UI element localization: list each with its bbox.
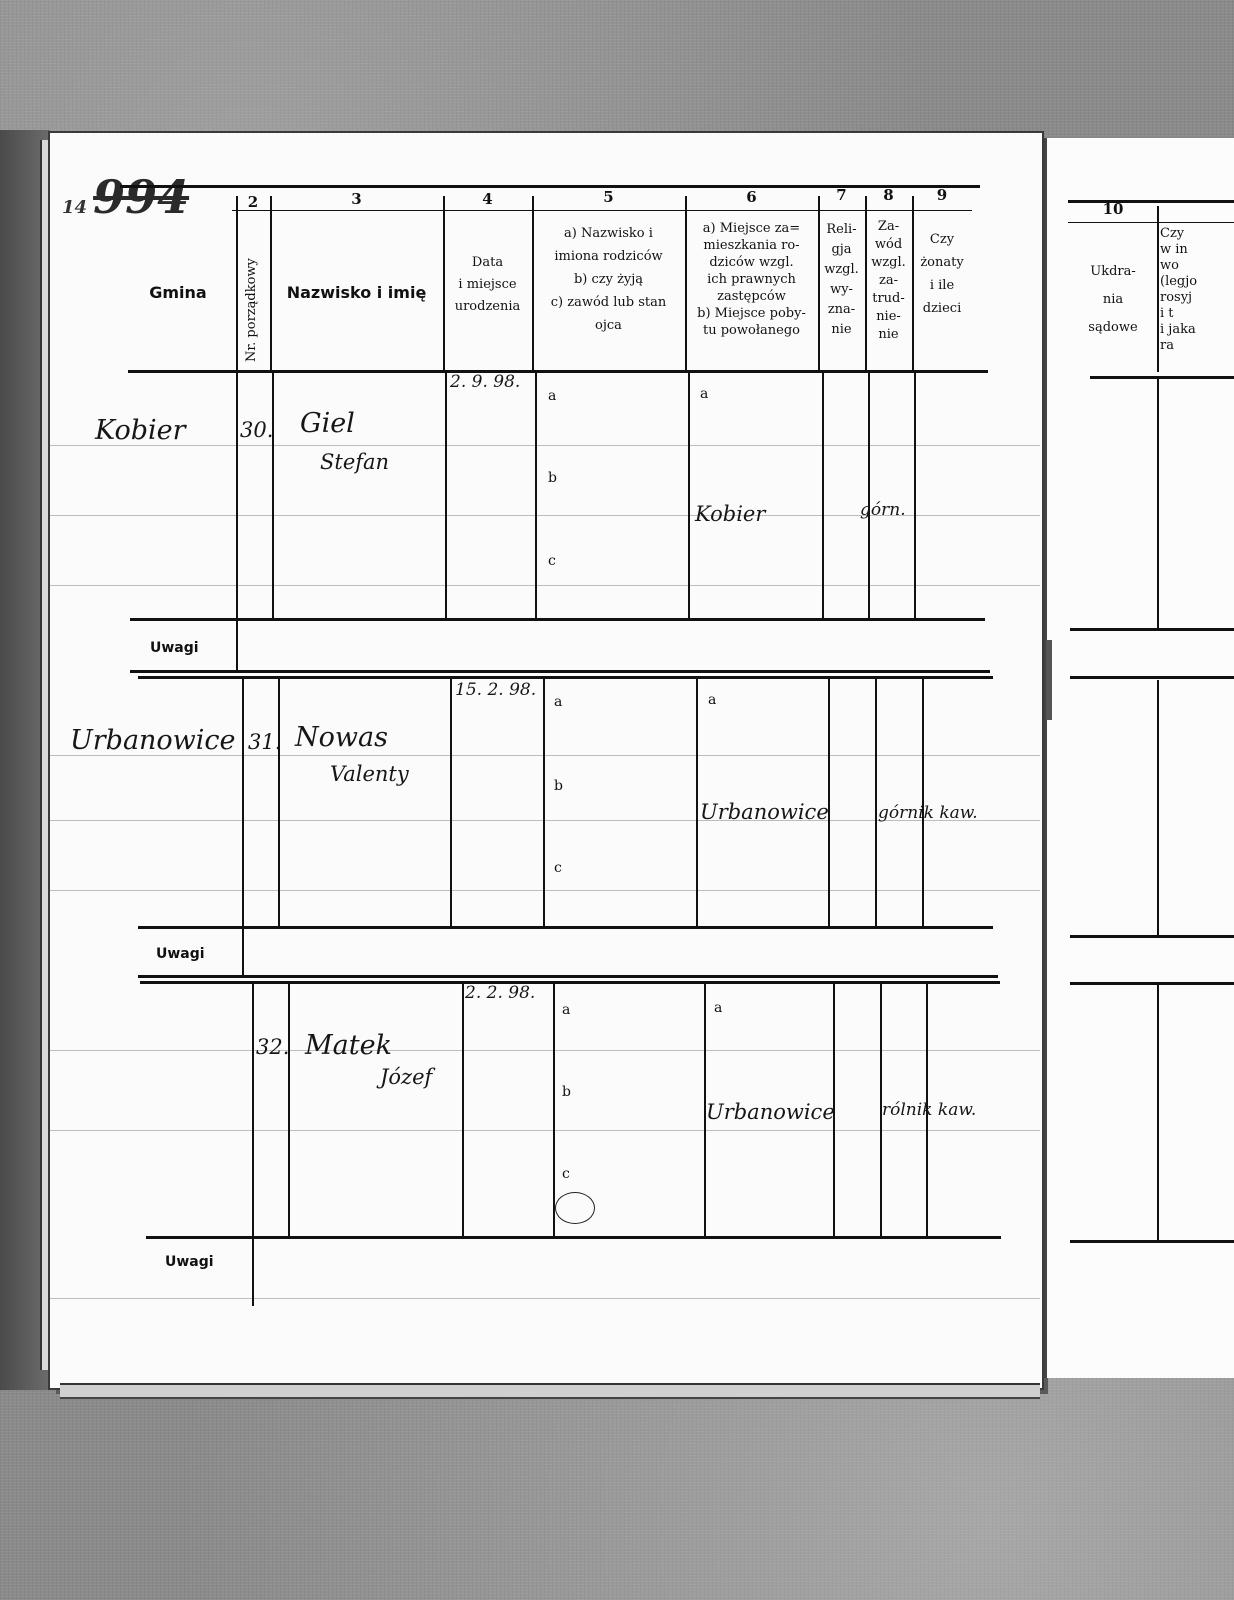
entry-divider <box>914 370 916 620</box>
header-line: Ukdra- <box>1070 258 1156 286</box>
entry-divider <box>868 370 870 620</box>
right-col-divider <box>1157 985 1159 1240</box>
entry-divider <box>288 981 290 1236</box>
header-line: Za- <box>865 218 912 236</box>
entry-divider <box>445 370 447 620</box>
header-line: i jaka <box>1160 322 1234 338</box>
col-number-8: 8 <box>865 186 912 204</box>
entry-divider <box>252 981 254 1306</box>
right-number-rule <box>1068 222 1234 223</box>
residence-b: Kobier <box>695 502 765 526</box>
sub-label-c: c <box>554 860 562 876</box>
entry-top-rule <box>140 981 1000 984</box>
first-name: Stefan <box>320 450 389 474</box>
entry-number: 30. <box>240 418 273 442</box>
header-line: gja <box>818 240 865 260</box>
header-nazwisko-imie: Nazwisko i imię <box>270 285 443 300</box>
residence-b: Urbanowice <box>706 1100 835 1124</box>
col-number-3: 3 <box>270 190 443 208</box>
entry-bottom-rule <box>138 926 993 929</box>
header-line: trud- <box>865 290 912 308</box>
entry-divider <box>553 981 555 1236</box>
header-line: Reli- <box>818 220 865 240</box>
header-line: urodzenia <box>443 296 532 318</box>
faint-ruling <box>50 1130 1040 1131</box>
right-page-rule <box>1070 935 1234 938</box>
sub-label-a: a <box>554 694 562 710</box>
remarks-label: Uwagi <box>165 1254 214 1270</box>
column-number-rule <box>232 210 972 211</box>
header-line: tu powołanego <box>685 322 818 339</box>
remarks-label: Uwagi <box>150 640 199 656</box>
page-bottom-edge <box>60 1383 1040 1399</box>
right-page-rule <box>1070 628 1234 631</box>
col-number-6: 6 <box>685 188 818 206</box>
sub-label-b: b <box>548 470 557 486</box>
header-line: a) Nazwisko i <box>532 222 685 245</box>
header-line: Czy <box>912 228 972 251</box>
register-number-large: 994 <box>93 170 189 224</box>
occupation: górn. <box>860 500 906 520</box>
col-divider-2 <box>270 196 272 370</box>
sub-label-b: b <box>562 1084 571 1100</box>
entry-bottom-rule <box>146 1236 1001 1239</box>
header-line: zastępców <box>685 288 818 305</box>
header-line: w in <box>1160 242 1234 258</box>
header-line: wy- <box>818 280 865 300</box>
col-number-9: 9 <box>912 186 972 204</box>
sub-label-b: b <box>554 778 563 794</box>
col-number-7: 7 <box>818 186 865 204</box>
header-line: i miejsce <box>443 274 532 296</box>
header-birth-date-place: Data i miejsce urodzenia <box>443 252 532 318</box>
faint-ruling <box>50 585 1040 586</box>
header-line: wzgl. <box>865 254 912 272</box>
header-line: żonaty <box>912 251 972 274</box>
entry-divider <box>236 370 238 670</box>
header-line: wzgl. <box>818 260 865 280</box>
birth-date: 2. 2. 98. <box>465 983 535 1003</box>
header-line: dzieci <box>912 297 972 320</box>
header-line: b) Miejsce poby- <box>685 305 818 322</box>
entry-number: 32. <box>256 1035 289 1059</box>
surname: Nowas <box>295 722 388 753</box>
header-military-service: Czy w in wo (legjo rosyj i t i jaka ra <box>1160 226 1234 354</box>
entry-divider <box>272 370 274 620</box>
right-page-rule <box>1070 1240 1234 1243</box>
entry-divider <box>543 676 545 926</box>
header-line: nie <box>865 326 912 344</box>
surname: Giel <box>300 408 355 439</box>
right-page-rule <box>1070 982 1234 985</box>
surname: Matek <box>305 1030 392 1061</box>
col-number-4: 4 <box>443 190 532 208</box>
circled-mark <box>555 1192 595 1224</box>
col-number-5: 5 <box>532 188 685 206</box>
remarks-bottom-rule <box>130 670 990 673</box>
entry-top-rule <box>138 676 993 679</box>
header-line: nie- <box>865 308 912 326</box>
entry-divider <box>242 676 244 976</box>
header-line: za- <box>865 272 912 290</box>
entry-divider <box>278 676 280 926</box>
header-religion: Reli- gja wzgl. wy- zna- nie <box>818 220 865 340</box>
right-header-bottom-rule <box>1090 376 1234 379</box>
sub-label-a: a <box>714 1000 722 1016</box>
header-line: wo <box>1160 258 1234 274</box>
occupation: rólnik kaw. <box>882 1100 976 1120</box>
sub-label-a: a <box>548 388 556 404</box>
header-married-children: Czy żonaty i ile dzieci <box>912 228 972 320</box>
entry-number: 31. <box>248 730 281 754</box>
header-line: imiona rodziców <box>532 245 685 268</box>
header-bottom-rule <box>128 370 988 373</box>
entry-divider <box>922 676 924 926</box>
right-col-divider <box>1157 206 1159 372</box>
binding-string <box>1046 640 1074 720</box>
faint-ruling <box>50 445 1040 446</box>
header-line: (legjo <box>1160 274 1234 290</box>
header-residence: a) Miejsce za= mieszkania ro- dziców wzg… <box>685 220 818 339</box>
entry-bottom-rule <box>130 618 985 621</box>
entry-divider <box>822 370 824 620</box>
entry-divider <box>450 676 452 926</box>
entry-divider <box>875 676 877 926</box>
gmina-value: Urbanowice <box>70 725 236 756</box>
header-line: ra <box>1160 338 1234 354</box>
sub-label-c: c <box>548 553 556 569</box>
first-name: Valenty <box>330 762 409 786</box>
header-occupation: Za- wód wzgl. za- trud- nie- nie <box>865 218 912 344</box>
occupation: górnik kaw. <box>878 803 978 823</box>
header-line: zna- <box>818 300 865 320</box>
register-number: 14994 <box>62 170 189 224</box>
faint-ruling <box>50 1298 1040 1299</box>
header-line: ich prawnych <box>685 271 818 288</box>
faint-ruling <box>50 890 1040 891</box>
header-line: Czy <box>1160 226 1234 242</box>
sub-label-c: c <box>562 1166 570 1182</box>
right-col-divider <box>1157 376 1159 628</box>
header-gmina: Gmina <box>120 285 236 300</box>
right-page-rule <box>1070 676 1234 679</box>
header-line: Data <box>443 252 532 274</box>
faint-ruling <box>50 1050 1040 1051</box>
remarks-bottom-rule <box>138 975 998 978</box>
col-divider-1 <box>236 196 238 370</box>
sub-label-a: a <box>708 692 716 708</box>
gmina-value: Kobier <box>95 415 186 446</box>
header-line: c) zawód lub stan <box>532 291 685 314</box>
sub-label-a: a <box>700 386 708 402</box>
sub-label-a: a <box>562 1002 570 1018</box>
first-name: Józef <box>380 1065 432 1089</box>
header-line: nie <box>818 320 865 340</box>
header-nr-porzadkowy: Nr. porządkowy <box>244 258 259 362</box>
entry-divider <box>535 370 537 620</box>
header-line: mieszkania ro- <box>685 237 818 254</box>
right-col-divider <box>1157 680 1159 935</box>
header-line: i ile <box>912 274 972 297</box>
header-line: sądowe <box>1070 314 1156 342</box>
register-number-small: 14 <box>62 197 87 218</box>
header-line: i t <box>1160 306 1234 322</box>
birth-date: 15. 2. 98. <box>455 680 536 700</box>
birth-date: 2. 9. 98. <box>450 372 520 392</box>
header-parents: a) Nazwisko i imiona rodziców b) czy żyj… <box>532 222 685 337</box>
header-line: dziców wzgl. <box>685 254 818 271</box>
entry-divider <box>462 981 464 1236</box>
header-line: nia <box>1070 286 1156 314</box>
header-line: a) Miejsce za= <box>685 220 818 237</box>
header-court-penalties: Ukdra- nia sądowe <box>1070 258 1156 342</box>
residence-b: Urbanowice <box>700 800 829 824</box>
col-number-2: 2 <box>236 193 270 211</box>
entry-divider <box>696 676 698 926</box>
header-line: wód <box>865 236 912 254</box>
header-line: ojca <box>532 314 685 337</box>
entry-divider <box>688 370 690 620</box>
header-line: b) czy żyją <box>532 268 685 291</box>
remarks-label: Uwagi <box>156 946 205 962</box>
col-number-10: 10 <box>1070 200 1156 218</box>
header-line: rosyj <box>1160 290 1234 306</box>
